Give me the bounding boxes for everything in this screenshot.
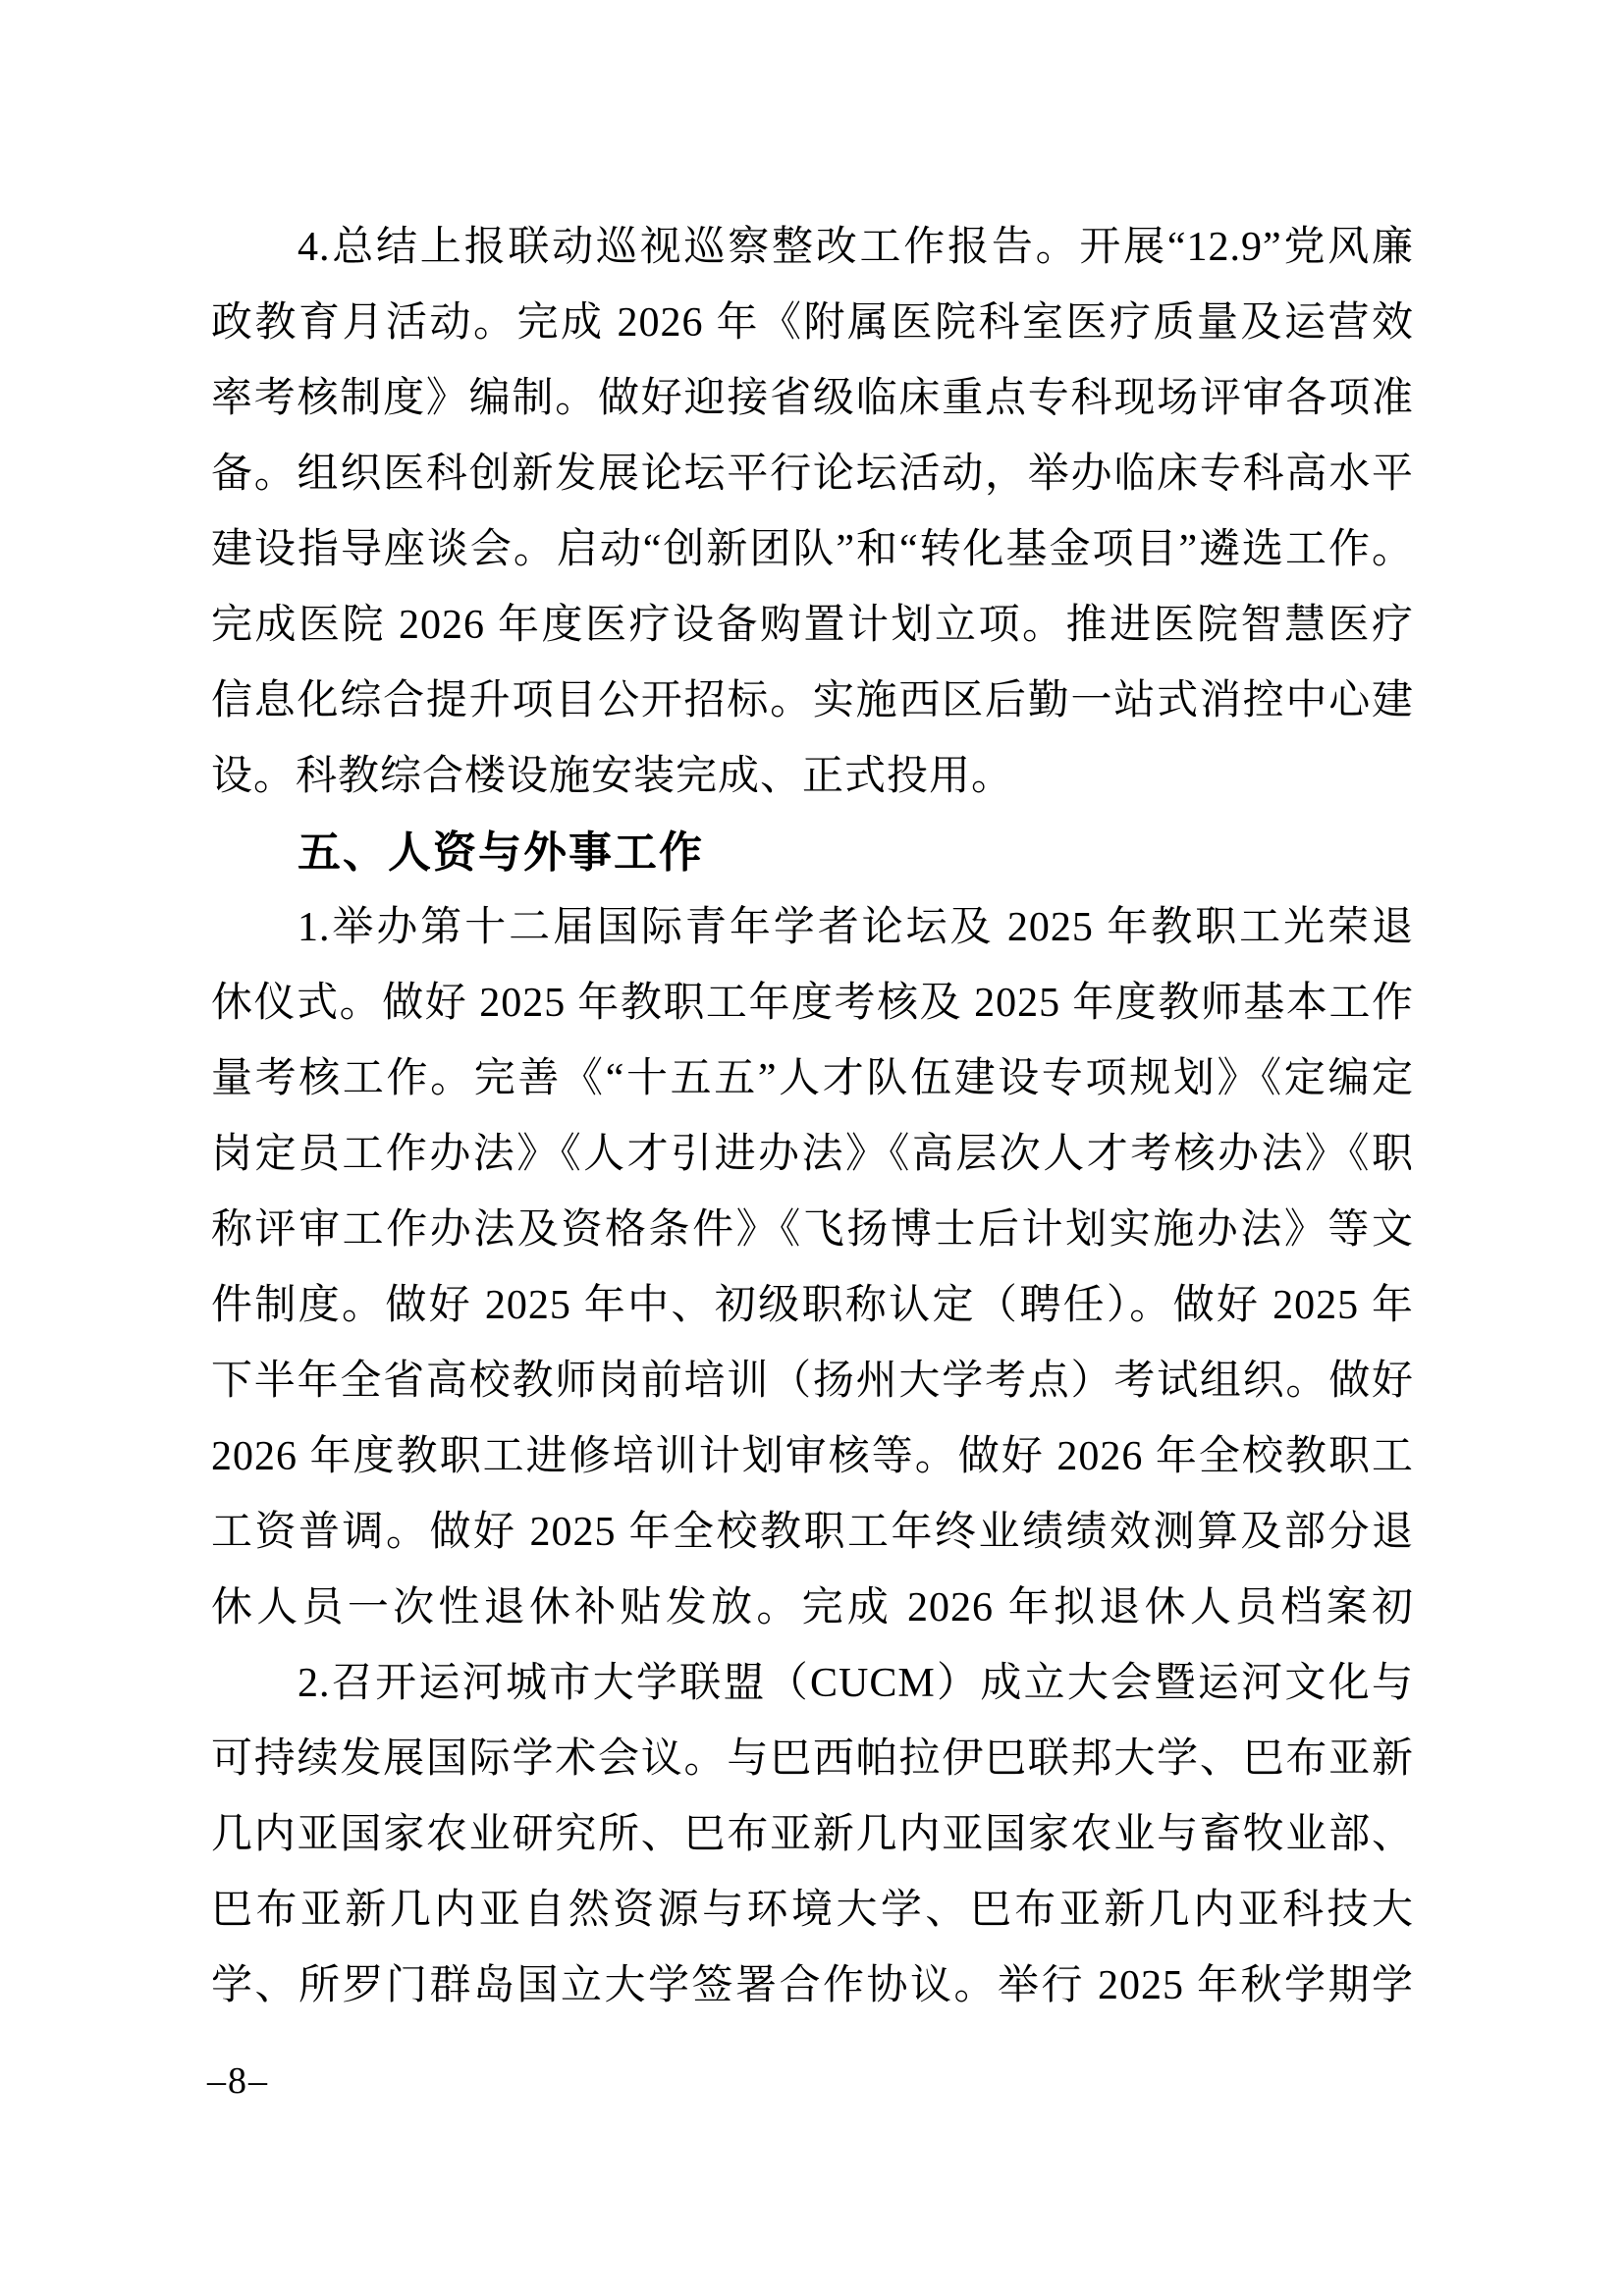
- text-line: 率考核制度》编制。做好迎接省级临床重点专科现场评审各项准: [211, 361, 1414, 437]
- text-line: 2.召开运河城市大学联盟（CUCM）成立大会暨运河文化与: [211, 1646, 1414, 1722]
- text-line: 件制度。做好 2025 年中、初级职称认定（聘任）。做好 2025 年: [211, 1268, 1414, 1344]
- text-line: 巴布亚新几内亚自然资源与环境大学、巴布亚新几内亚科技大: [211, 1873, 1414, 1949]
- page-body: 4.总结上报联动巡视巡察整改工作报告。开展“12.9”党风廉 政教育月活动。完成…: [211, 210, 1414, 2024]
- page-number: –8–: [207, 2058, 269, 2104]
- document-page: 4.总结上报联动巡视巡察整改工作报告。开展“12.9”党风廉 政教育月活动。完成…: [0, 0, 1624, 2296]
- text-line: 1.举办第十二届国际青年学者论坛及 2025 年教职工光荣退: [211, 890, 1414, 966]
- text-line: 备。组织医科创新发展论坛平行论坛活动，举办临床专科高水平: [211, 437, 1414, 512]
- text-line: 4.总结上报联动巡视巡察整改工作报告。开展“12.9”党风廉: [211, 210, 1414, 286]
- text-line: 学、所罗门群岛国立大学签署合作协议。举行 2025 年秋学期学: [211, 1949, 1414, 2024]
- text-line: 休人员一次性退休补贴发放。完成 2026 年拟退休人员档案初审。: [211, 1571, 1414, 1646]
- text-line: 称评审工作办法及资格条件》《飞扬博士后计划实施办法》等文: [211, 1193, 1414, 1268]
- text-line: 工资普调。做好 2025 年全校教职工年终业绩绩效测算及部分退: [211, 1495, 1414, 1571]
- text-line: 建设指导座谈会。启动“创新团队”和“转化基金项目”遴选工作。: [211, 512, 1414, 588]
- text-line: 量考核工作。完善《“十五五”人才队伍建设专项规划》《定编定: [211, 1041, 1414, 1117]
- text-line: 下半年全省高校教师岗前培训（扬州大学考点）考试组织。做好: [211, 1344, 1414, 1419]
- text-line: 完成医院 2026 年度医疗设备购置计划立项。推进医院智慧医疗: [211, 588, 1414, 664]
- text-line: 休仪式。做好 2025 年教职工年度考核及 2025 年度教师基本工作: [211, 966, 1414, 1041]
- text-line: 几内亚国家农业研究所、巴布亚新几内亚国家农业与畜牧业部、: [211, 1797, 1414, 1873]
- text-line: 可持续发展国际学术会议。与巴西帕拉伊巴联邦大学、巴布亚新: [211, 1722, 1414, 1797]
- text-line: 设。科教综合楼设施安装完成、正式投用。: [211, 739, 1414, 815]
- text-line: 岗定员工作办法》《人才引进办法》《高层次人才考核办法》《职: [211, 1117, 1414, 1193]
- text-line: 信息化综合提升项目公开招标。实施西区后勤一站式消控中心建: [211, 664, 1414, 739]
- section-heading: 五、人资与外事工作: [211, 815, 1414, 890]
- text-line: 政教育月活动。完成 2026 年《附属医院科室医疗质量及运营效: [211, 286, 1414, 361]
- text-line: 2026 年度教职工进修培训计划审核等。做好 2026 年全校教职工: [211, 1419, 1414, 1495]
